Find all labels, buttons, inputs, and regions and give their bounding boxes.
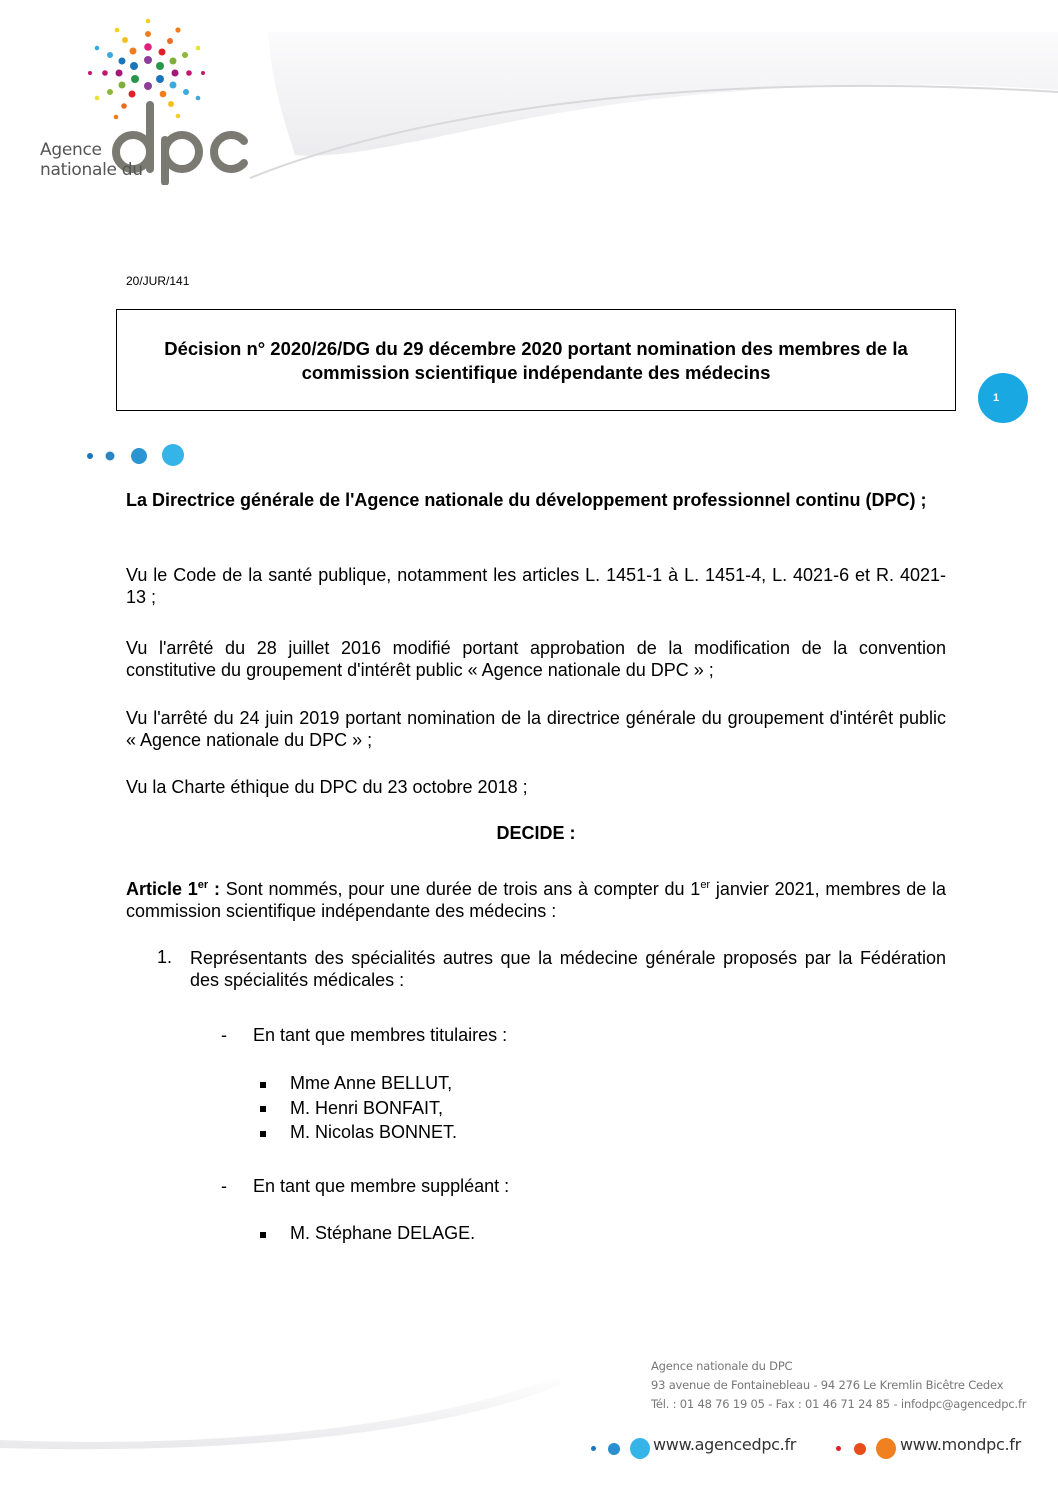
footer-links: www.agencedpc.fr www.mondpc.fr	[580, 1433, 1040, 1463]
list-item-number: 1.	[157, 947, 172, 968]
square-bullet-icon	[260, 1232, 266, 1238]
member-titulaire-3: M. Nicolas BONNET.	[290, 1122, 457, 1143]
article-1: Article 1er : Sont nommés, pour une duré…	[126, 874, 946, 922]
footer-address: Agence nationale du DPC 93 avenue de Fon…	[651, 1357, 1026, 1414]
footer-agency-name: Agence nationale du DPC	[651, 1357, 1026, 1376]
group-dash: -	[221, 1176, 227, 1197]
square-bullet-icon	[260, 1131, 266, 1137]
link-mondpc[interactable]: www.mondpc.fr	[900, 1435, 1021, 1454]
visa-charte-ethique: Vu la Charte éthique du DPC du 23 octobr…	[126, 776, 946, 798]
link-agencedpc[interactable]: www.agencedpc.fr	[653, 1435, 796, 1454]
article-1-label: Article 1er :	[126, 879, 220, 899]
footer-street: 93 avenue de Fontainebleau - 94 276 Le K…	[651, 1376, 1026, 1395]
square-bullet-icon	[260, 1082, 266, 1088]
group-suppleant-label: En tant que membre suppléant :	[253, 1176, 509, 1197]
footer-contact: Tél. : 01 48 76 19 05 - Fax : 01 46 71 2…	[651, 1395, 1026, 1414]
document-reference: 20/JUR/141	[126, 274, 189, 288]
list-item-specialites: Représentants des spécialités autres que…	[190, 947, 946, 991]
visa-arrete-2016: Vu l'arrêté du 28 juillet 2016 modifié p…	[126, 637, 946, 681]
logo-line-nationale: nationale du	[40, 160, 143, 180]
decision-title-box: Décision n° 2020/26/DG du 29 décembre 20…	[116, 309, 956, 411]
decorative-dots-icon	[80, 440, 200, 470]
member-titulaire-1: Mme Anne BELLUT,	[290, 1073, 452, 1094]
group-dash: -	[221, 1025, 227, 1046]
decision-title: Décision n° 2020/26/DG du 29 décembre 20…	[136, 337, 936, 385]
member-suppleant-1: M. Stéphane DELAGE.	[290, 1223, 475, 1244]
preamble-authority: La Directrice générale de l'Agence natio…	[126, 489, 946, 511]
group-titulaires-label: En tant que membres titulaires :	[253, 1025, 507, 1046]
square-bullet-icon	[260, 1106, 266, 1112]
logo-line-agence: Agence	[40, 140, 102, 160]
member-titulaire-2: M. Henri BONFAIT,	[290, 1098, 443, 1119]
page-number-badge: 1	[978, 373, 1028, 423]
decide-heading: DECIDE :	[126, 823, 946, 844]
visa-arrete-2019: Vu l'arrêté du 24 juin 2019 portant nomi…	[126, 707, 946, 751]
visa-code-sante: Vu le Code de la santé publique, notamme…	[126, 564, 946, 608]
